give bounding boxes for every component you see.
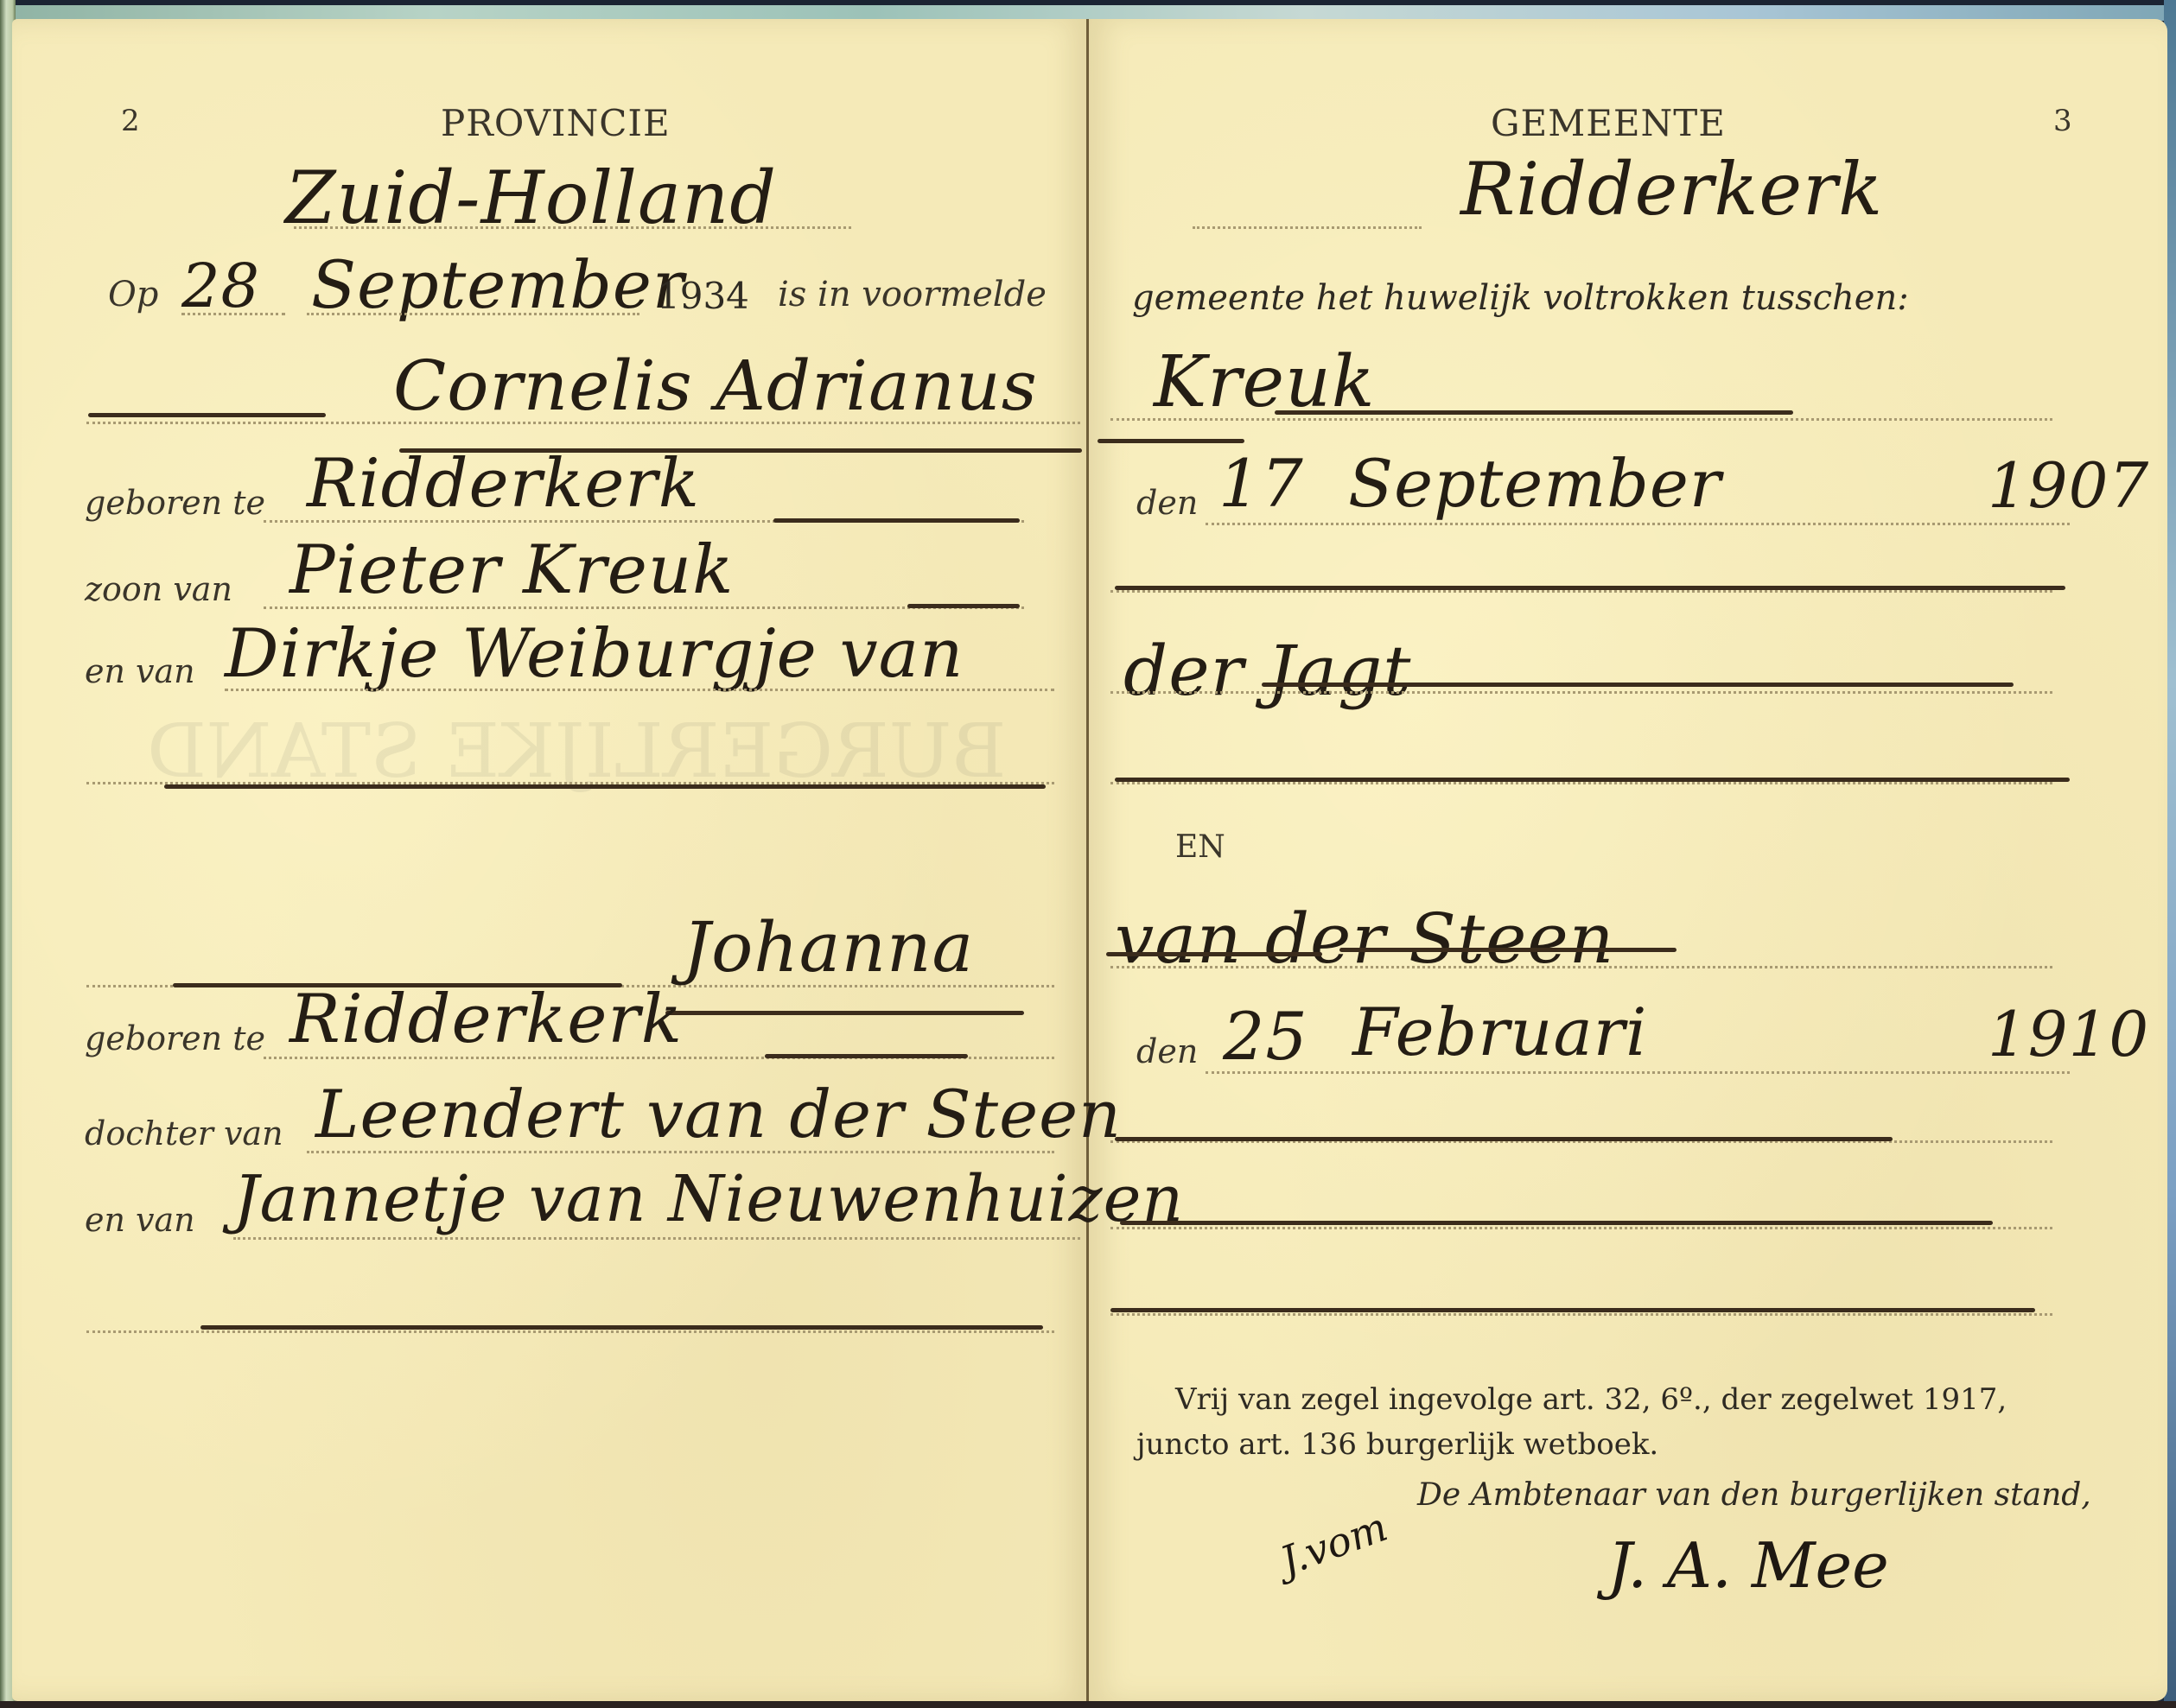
booklet-cover-bottom <box>0 1701 2176 1708</box>
groom-surname-dotted-line <box>1110 418 2052 421</box>
fill-line <box>1106 952 1322 956</box>
blank-dotted-line <box>1110 782 2052 784</box>
label-is-in-voormelde: is in voormelde <box>778 275 1047 314</box>
fill-line <box>88 413 326 417</box>
groom-mother: Dirkje Weiburgje van <box>225 615 964 693</box>
groom-birth-year: 1907 <box>1988 449 2149 522</box>
fill-line <box>200 1325 1043 1330</box>
month-dotted-line <box>307 313 639 315</box>
marriage-month: September <box>311 246 684 323</box>
bride-birth-month: Februari <box>1352 994 1647 1070</box>
fill-line <box>665 1011 1024 1015</box>
stamp-exemption-line1: Vrij van zegel ingevolge art. 32, 6º., d… <box>1175 1382 2007 1417</box>
groom-birthplace: Ridderkerk <box>307 445 700 523</box>
bride-mother-dotted-line <box>233 1237 1080 1240</box>
bride-birth-day: 25 <box>1223 998 1308 1075</box>
blank-dotted-line <box>86 1330 1054 1333</box>
groom-first-names: Cornelis Adrianus <box>393 346 1038 426</box>
groom-mother-surname-cont: der Jagt <box>1123 631 1411 711</box>
bride-birthplace: Ridderkerk <box>289 981 683 1058</box>
mother-cont-dotted-line <box>1110 691 2052 694</box>
fill-line <box>1262 683 2014 687</box>
bride-surname-dotted-line <box>1110 966 2052 968</box>
page-number-right: 3 <box>2053 104 2072 138</box>
groom-birth-day: 17 <box>1218 445 1304 522</box>
fill-line <box>1098 439 1244 443</box>
fill-line <box>1275 410 1793 415</box>
bride-birth-year: 1910 <box>1988 998 2149 1070</box>
label-en-van: en van <box>85 652 195 690</box>
bride-father-dotted-line <box>307 1151 1054 1153</box>
fill-line <box>907 604 1020 608</box>
label-geboren-te: geboren te <box>85 484 265 522</box>
marriage-year: 1934 <box>657 275 749 317</box>
fill-line <box>1110 1308 2035 1312</box>
fill-line <box>164 784 1046 789</box>
fill-line <box>1115 1137 1893 1141</box>
groom-birth-month: September <box>1348 445 1721 522</box>
official-title: De Ambtenaar van den burgerlijken stand, <box>1417 1477 2091 1513</box>
bride-birth-dotted-line <box>1206 1071 2070 1074</box>
label-geboren-te-bride: geboren te <box>85 1019 265 1057</box>
groom-birth-dotted-line <box>1206 523 2070 525</box>
fill-line <box>765 1054 968 1058</box>
municipality-dotted-line <box>1193 226 1422 229</box>
fill-line <box>1339 948 1677 952</box>
blank-dotted-line <box>1110 590 2052 593</box>
blank-dotted-line <box>1110 1227 2052 1229</box>
fill-line <box>1120 1221 1993 1225</box>
heading-gemeente: GEMEENTE <box>1491 102 1726 144</box>
blank-dotted-line <box>1110 1313 2052 1316</box>
municipality-value: Ridderkerk <box>1460 147 1883 232</box>
bride-father: Leendert van der Steen <box>315 1076 1122 1152</box>
stamp-exemption-line2: juncto art. 136 burgerlijk wetboek. <box>1136 1427 1658 1462</box>
fill-line <box>1115 778 2070 782</box>
label-en: EN <box>1175 829 1225 865</box>
label-dochter-van: dochter van <box>85 1114 283 1152</box>
groom-father: Pieter Kreuk <box>289 531 734 609</box>
marriage-day: 28 <box>181 251 260 321</box>
bride-mother: Jannetje van Nieuwenhuizen <box>233 1162 1184 1236</box>
book-spine <box>1086 19 1089 1701</box>
province-dotted-line <box>294 226 851 229</box>
label-op: Op <box>108 275 158 314</box>
booklet-cover-top <box>0 0 2176 21</box>
bride-first-names: Johanna <box>683 907 974 987</box>
label-en-van-bride: en van <box>85 1201 195 1239</box>
heading-provincie: PROVINCIE <box>441 102 671 144</box>
page-number-left: 2 <box>121 104 140 138</box>
official-signature: J. A. Mee <box>1607 1529 1889 1602</box>
label-zoon-van: zoon van <box>85 570 232 608</box>
mother-dotted-line <box>225 689 1054 691</box>
fill-line <box>1115 586 2065 590</box>
label-den: den <box>1136 484 1198 522</box>
label-den-bride: den <box>1136 1032 1198 1070</box>
day-dotted-line <box>181 313 285 315</box>
fill-line <box>773 518 1020 523</box>
intro-text: gemeente het huwelijk voltrokken tussche… <box>1132 278 1909 318</box>
